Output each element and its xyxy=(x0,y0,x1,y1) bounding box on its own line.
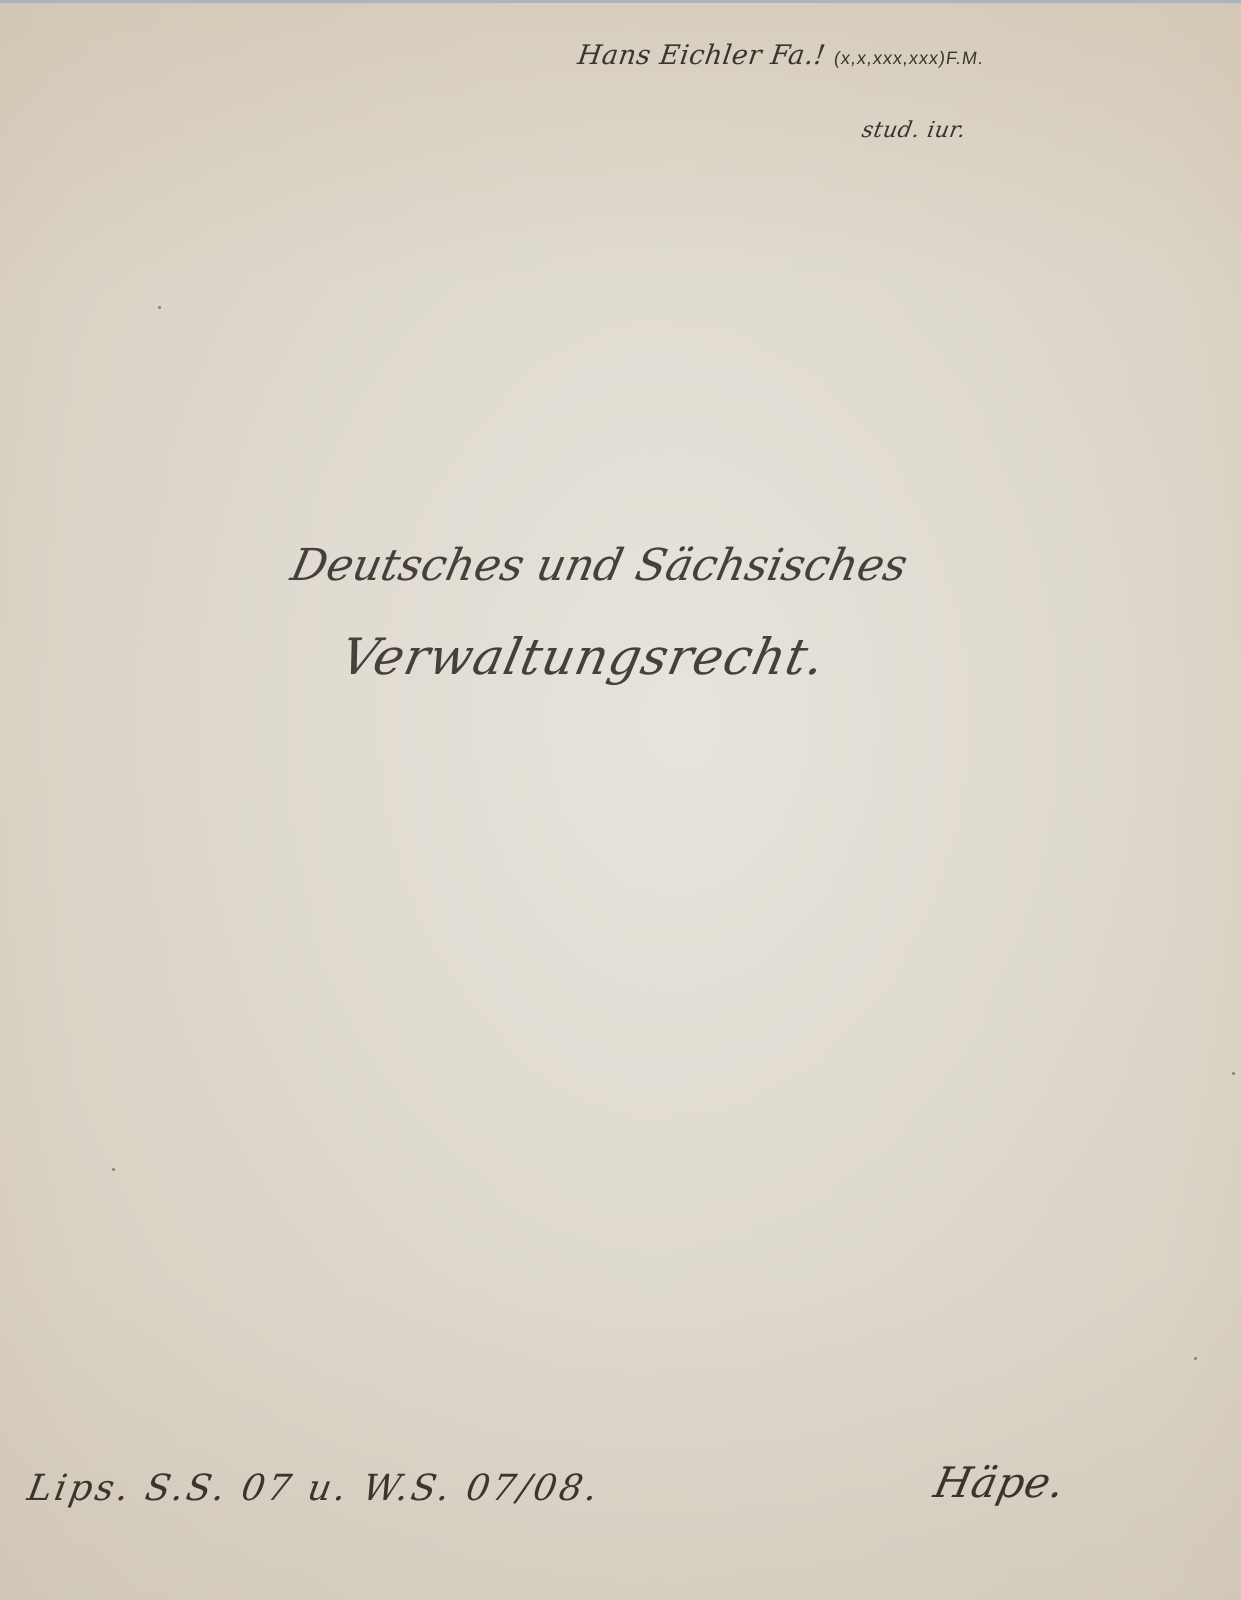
owner-line: Hans Eichler Fa.! (x,x,xxx,xxx)F.M. xyxy=(576,40,987,71)
title-line-1: Deutsches und Sächsisches xyxy=(287,540,912,591)
paper-speck xyxy=(158,306,161,309)
paper-speck xyxy=(1194,1357,1197,1360)
owner-suffix: F.M. xyxy=(945,48,986,68)
owner-name: Hans Eichler xyxy=(576,40,764,71)
lecturer-signature: Häpe. xyxy=(930,1458,1070,1507)
semester-note: Lips. S.S. 07 u. W.S. 07/08. xyxy=(24,1468,603,1509)
owner-redacted-info: (x,x,xxx,xxx) xyxy=(833,48,948,68)
title-line-2: Verwaltungsrecht. xyxy=(336,628,831,686)
paper-speck xyxy=(1232,1072,1235,1075)
owner-mark: Fa.! xyxy=(769,40,828,71)
page-top-edge xyxy=(0,0,1241,3)
paper-speck xyxy=(112,1168,115,1171)
notebook-cover-page: Hans Eichler Fa.! (x,x,xxx,xxx)F.M. stud… xyxy=(0,0,1241,1600)
owner-status: stud. iur. xyxy=(860,118,968,143)
